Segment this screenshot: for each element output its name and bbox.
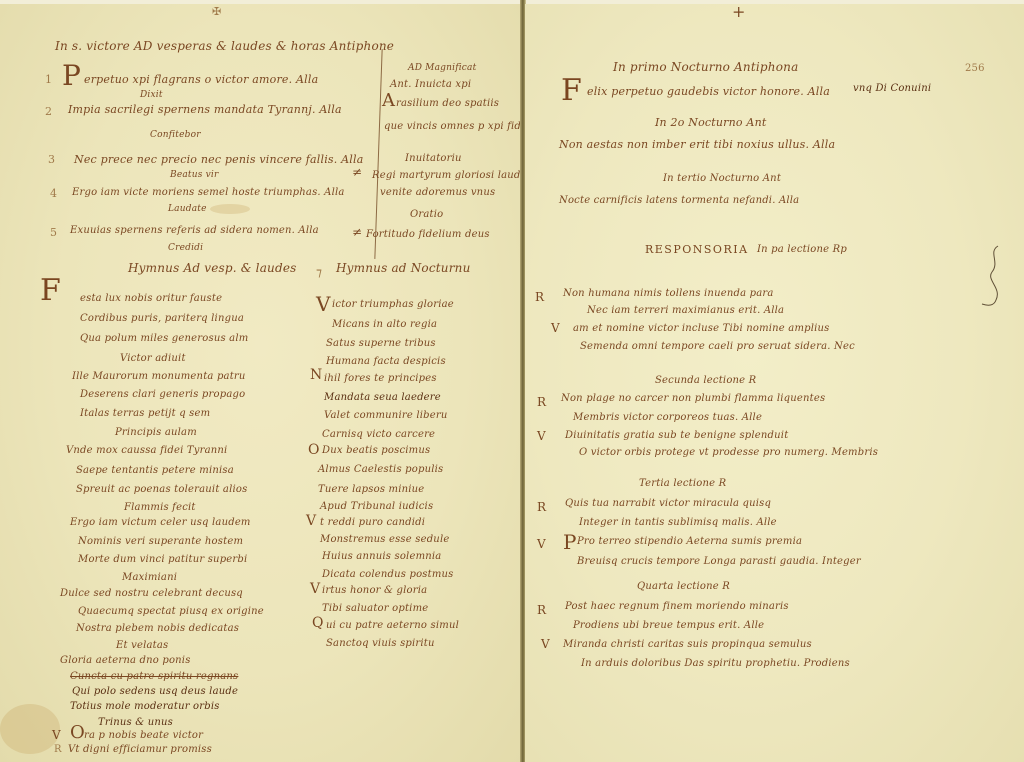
magnificat-heading: AD Magnificat bbox=[408, 64, 476, 73]
hymn-line: irtus honor & gloria bbox=[322, 586, 427, 596]
versicle-symbol: V bbox=[551, 322, 560, 334]
initial-letter: V bbox=[310, 582, 320, 596]
hymn-line: Monstremus esse sedule bbox=[320, 535, 449, 545]
hymn-line: Cordibus puris, pariterq lingua bbox=[80, 314, 244, 324]
initial-letter: P bbox=[563, 532, 577, 552]
hymn-line-struck: Cuncta cu patre spiritu regnans bbox=[70, 672, 238, 682]
initial-letter: V bbox=[306, 514, 316, 528]
response-symbol: R bbox=[537, 396, 546, 408]
top-cross-mark: + bbox=[732, 4, 746, 20]
responsory-line: In arduis doloribus Das spiritu propheti… bbox=[581, 659, 850, 669]
hymn-line: Carnisq victo carcere bbox=[322, 430, 435, 440]
initial-letter: Q bbox=[312, 616, 324, 630]
hymn-line: esta lux nobis oritur fauste bbox=[80, 294, 222, 304]
hymn-line: Tuere lapsos miniue bbox=[318, 485, 424, 495]
hymn-line: Flammis fecit bbox=[124, 503, 196, 513]
hymn-line: Qui polo sedens usq deus laude bbox=[72, 687, 238, 697]
antiphon-number: 1 bbox=[45, 74, 52, 85]
hymn-line: Apud Tribunal iudicis bbox=[320, 502, 433, 512]
top-cross-mark: ✠ bbox=[212, 6, 221, 17]
invitatorium-text: venite adoremus vnus bbox=[380, 188, 495, 198]
hymn-line: Deserens clari generis propago bbox=[80, 390, 245, 400]
left-page: ✠ In s. victore AD vesperas & laudes & h… bbox=[0, 4, 523, 762]
responsory-line: am et nomine victor incluse Tibi nomine … bbox=[573, 324, 830, 334]
psalm-incipit: Confitebor bbox=[150, 131, 201, 140]
initial-letter: A bbox=[382, 92, 395, 110]
hymn-line: Nominis veri superante hostem bbox=[78, 537, 243, 547]
response-line: Vt digni efficiamur promiss bbox=[68, 745, 212, 755]
marginal-squiggle bbox=[980, 244, 1010, 314]
lesson-heading: Quarta lectione R bbox=[637, 582, 730, 592]
antiphon-label: Ant. Inuicta xpi bbox=[390, 80, 471, 90]
initial-letter: V bbox=[316, 294, 331, 314]
psalm-incipit: Beatus vir bbox=[170, 171, 218, 180]
hymn-line: Dulce sed nostru celebrant decusq bbox=[60, 589, 243, 599]
responsory-line: Quis tua narrabit victor miracula quisq bbox=[565, 499, 771, 509]
hymn-line: Italas terras petijt q sem bbox=[80, 409, 210, 419]
responsory-line: Breuisq crucis tempore Longa parasti gau… bbox=[577, 557, 861, 567]
hymn-line: Ille Maurorum monumenta patru bbox=[72, 372, 246, 382]
responsory-line: Non plage no carcer non plumbi flamma li… bbox=[561, 394, 825, 404]
versicle-symbol: V bbox=[52, 729, 61, 741]
hymn-line: Huius annuis solemnia bbox=[322, 552, 441, 562]
initial-letter: O bbox=[308, 443, 320, 457]
psalm-incipit: Credidi bbox=[168, 244, 203, 253]
first-nocturn-heading: In primo Nocturno Antiphona bbox=[613, 61, 798, 73]
antiphon-text: rasilium deo spatiis bbox=[396, 99, 499, 109]
antiphon-number: 3 bbox=[48, 154, 55, 165]
hymn-line: Qua polum miles generosus alm bbox=[80, 334, 248, 344]
antiphon-text: Exuuias spernens referis ad sidera nomen… bbox=[70, 226, 319, 236]
rubric-symbol: ≠ bbox=[352, 226, 362, 238]
antiphon-number: 5 bbox=[50, 227, 57, 238]
versicle-symbol: V bbox=[541, 638, 550, 650]
hymn-line: Humana facta despicis bbox=[326, 357, 446, 367]
hymn-line: Saepe tentantis petere minisa bbox=[76, 466, 234, 476]
hymn-line: Quaecumq spectat piusq ex origine bbox=[78, 607, 264, 617]
antiphon-number: 4 bbox=[50, 188, 57, 199]
hymn-line: Tibi saluator optime bbox=[322, 604, 428, 614]
hymn-line: Almus Caelestis populis bbox=[318, 465, 443, 475]
antiphon-number: 2 bbox=[45, 106, 52, 117]
response-symbol: R bbox=[535, 291, 544, 303]
responsory-line: O victor orbis protege vt prodesse pro n… bbox=[579, 448, 878, 458]
versicle-symbol: V bbox=[537, 538, 546, 550]
hymn-line: Satus superne tribus bbox=[326, 339, 436, 349]
oratio-heading: Oratio bbox=[410, 210, 443, 220]
hymn-line: Sanctoq viuis spiritu bbox=[326, 639, 435, 649]
responsory-line: Miranda christi caritas suis propinqua s… bbox=[563, 640, 812, 650]
lesson-heading: Tertia lectione R bbox=[639, 479, 726, 489]
responsory-line: Membris victor corporeos tuas. Alle bbox=[573, 413, 762, 423]
response-symbol: R bbox=[537, 604, 546, 616]
oratio-text: Fortitudo fidelium deus bbox=[366, 230, 490, 240]
page-heading: In s. victore AD vesperas & laudes & hor… bbox=[55, 40, 394, 52]
initial-letter: O bbox=[70, 724, 85, 742]
hymn-line: Dux beatis poscimus bbox=[322, 446, 430, 456]
hymn-line: Et velatas bbox=[116, 641, 168, 651]
initial-letter: P bbox=[62, 62, 81, 90]
responsory-line: Nec iam terreri maximianus erit. Alla bbox=[587, 306, 784, 316]
hymn-line: Gloria aeterna dno ponis bbox=[60, 656, 191, 666]
hymn-line: Micans in alto regia bbox=[332, 320, 437, 330]
folio-number: 256 bbox=[965, 64, 985, 74]
initial-letter: N bbox=[310, 368, 322, 382]
hymn-line: Spreuit ac poenas tolerauit alios bbox=[76, 485, 247, 495]
hymn-line: Ergo iam victum celer usq laudem bbox=[70, 518, 251, 528]
hymn-line: Morte dum vinci patitur superbi bbox=[78, 555, 247, 565]
responsory-line: Diuinitatis gratia sub te benigne splend… bbox=[565, 431, 788, 441]
hymn-heading-nocturn: Hymnus ad Nocturnu bbox=[336, 262, 471, 274]
versicle-symbol: V bbox=[537, 430, 546, 442]
response-symbol: R bbox=[537, 501, 546, 513]
antiphon-text: que vincis omnes p xpi fide bbox=[384, 122, 527, 132]
antiphon-text: Nocte carnificis latens tormenta nefandi… bbox=[559, 196, 799, 206]
hymn-line: Valet communire liberu bbox=[324, 411, 447, 421]
hymn-line: Principis aulam bbox=[115, 428, 197, 438]
responsory-line: Post haec regnum finem moriendo minaris bbox=[565, 602, 789, 612]
responsory-line: Non humana nimis tollens inuenda para bbox=[563, 289, 774, 299]
hymn-line: Victor adiuit bbox=[120, 354, 186, 364]
hymn-line: Totius mole moderatur orbis bbox=[70, 702, 220, 712]
column-divider bbox=[374, 49, 382, 259]
hymn-line: Mandata seua laedere bbox=[324, 393, 441, 403]
hymn-line: ui cu patre aeterno simul bbox=[326, 621, 459, 631]
right-page: + 256 In primo Nocturno Antiphona F elix… bbox=[525, 4, 1024, 762]
response-symbol: R bbox=[54, 745, 62, 755]
marginal-note: vnq Di Conuini bbox=[853, 84, 931, 94]
hymn-line: t reddi puro candidi bbox=[320, 518, 425, 528]
responsory-line: Semenda omni tempore caeli pro seruat si… bbox=[580, 342, 855, 352]
antiphon-text: Impia sacrilegi spernens mandata Tyrannj… bbox=[68, 104, 342, 115]
hymn-line: ictor triumphas gloriae bbox=[332, 300, 454, 310]
connector-mark: ⁊ bbox=[316, 266, 322, 278]
ink-stain bbox=[210, 204, 250, 214]
versicle-line: ra p nobis beate victor bbox=[84, 731, 203, 741]
hymn-line: Maximiani bbox=[122, 573, 177, 583]
third-nocturn-heading: In tertio Nocturno Ant bbox=[663, 174, 781, 184]
responsory-line: Pro terreo stipendio Aeterna sumis premi… bbox=[577, 537, 802, 547]
lesson-heading: Secunda lectione R bbox=[655, 376, 756, 386]
first-lesson-label: In pa lectione Rp bbox=[757, 245, 847, 255]
antiphon-text: Non aestas non imber erit tibi noxius ul… bbox=[559, 139, 835, 150]
responsoria-heading: RESPONSORIA bbox=[645, 244, 749, 255]
hymn-line: Nostra plebem nobis dedicatas bbox=[76, 624, 239, 634]
second-nocturn-heading: In 2o Nocturno Ant bbox=[655, 117, 766, 128]
antiphon-text: elix perpetuo gaudebis victor honore. Al… bbox=[587, 86, 830, 97]
hymn-line: Vnde mox caussa fidei Tyranni bbox=[66, 446, 227, 456]
antiphon-text: Ergo iam victe moriens semel hoste trium… bbox=[72, 188, 345, 198]
antiphon-text: erpetuo xpi flagrans o victor amore. All… bbox=[84, 74, 318, 85]
responsory-line: Integer in tantis sublimisq malis. Alle bbox=[579, 518, 777, 528]
hymn-line: Trinus & unus bbox=[98, 718, 173, 728]
invitatorium-text: Regi martyrum gloriosi laudes bbox=[372, 171, 532, 181]
responsory-line: Prodiens ubi breue tempus erit. Alle bbox=[573, 621, 764, 631]
psalm-incipit: Laudate bbox=[168, 205, 207, 214]
hymn-line: ihil fores te principes bbox=[324, 374, 437, 384]
initial-letter: F bbox=[40, 276, 61, 306]
hymn-heading-vespers: Hymnus Ad vesp. & laudes bbox=[128, 262, 297, 274]
page-stain bbox=[0, 704, 60, 754]
hymn-line: Dicata colendus postmus bbox=[322, 570, 454, 580]
rubric-symbol: ≠ bbox=[352, 166, 362, 178]
initial-letter: F bbox=[561, 76, 582, 106]
invitatorium-heading: Inuitatoriu bbox=[405, 154, 462, 164]
antiphon-text: Nec prece nec precio nec penis vincere f… bbox=[74, 154, 364, 165]
psalm-incipit: Dixit bbox=[140, 91, 163, 100]
